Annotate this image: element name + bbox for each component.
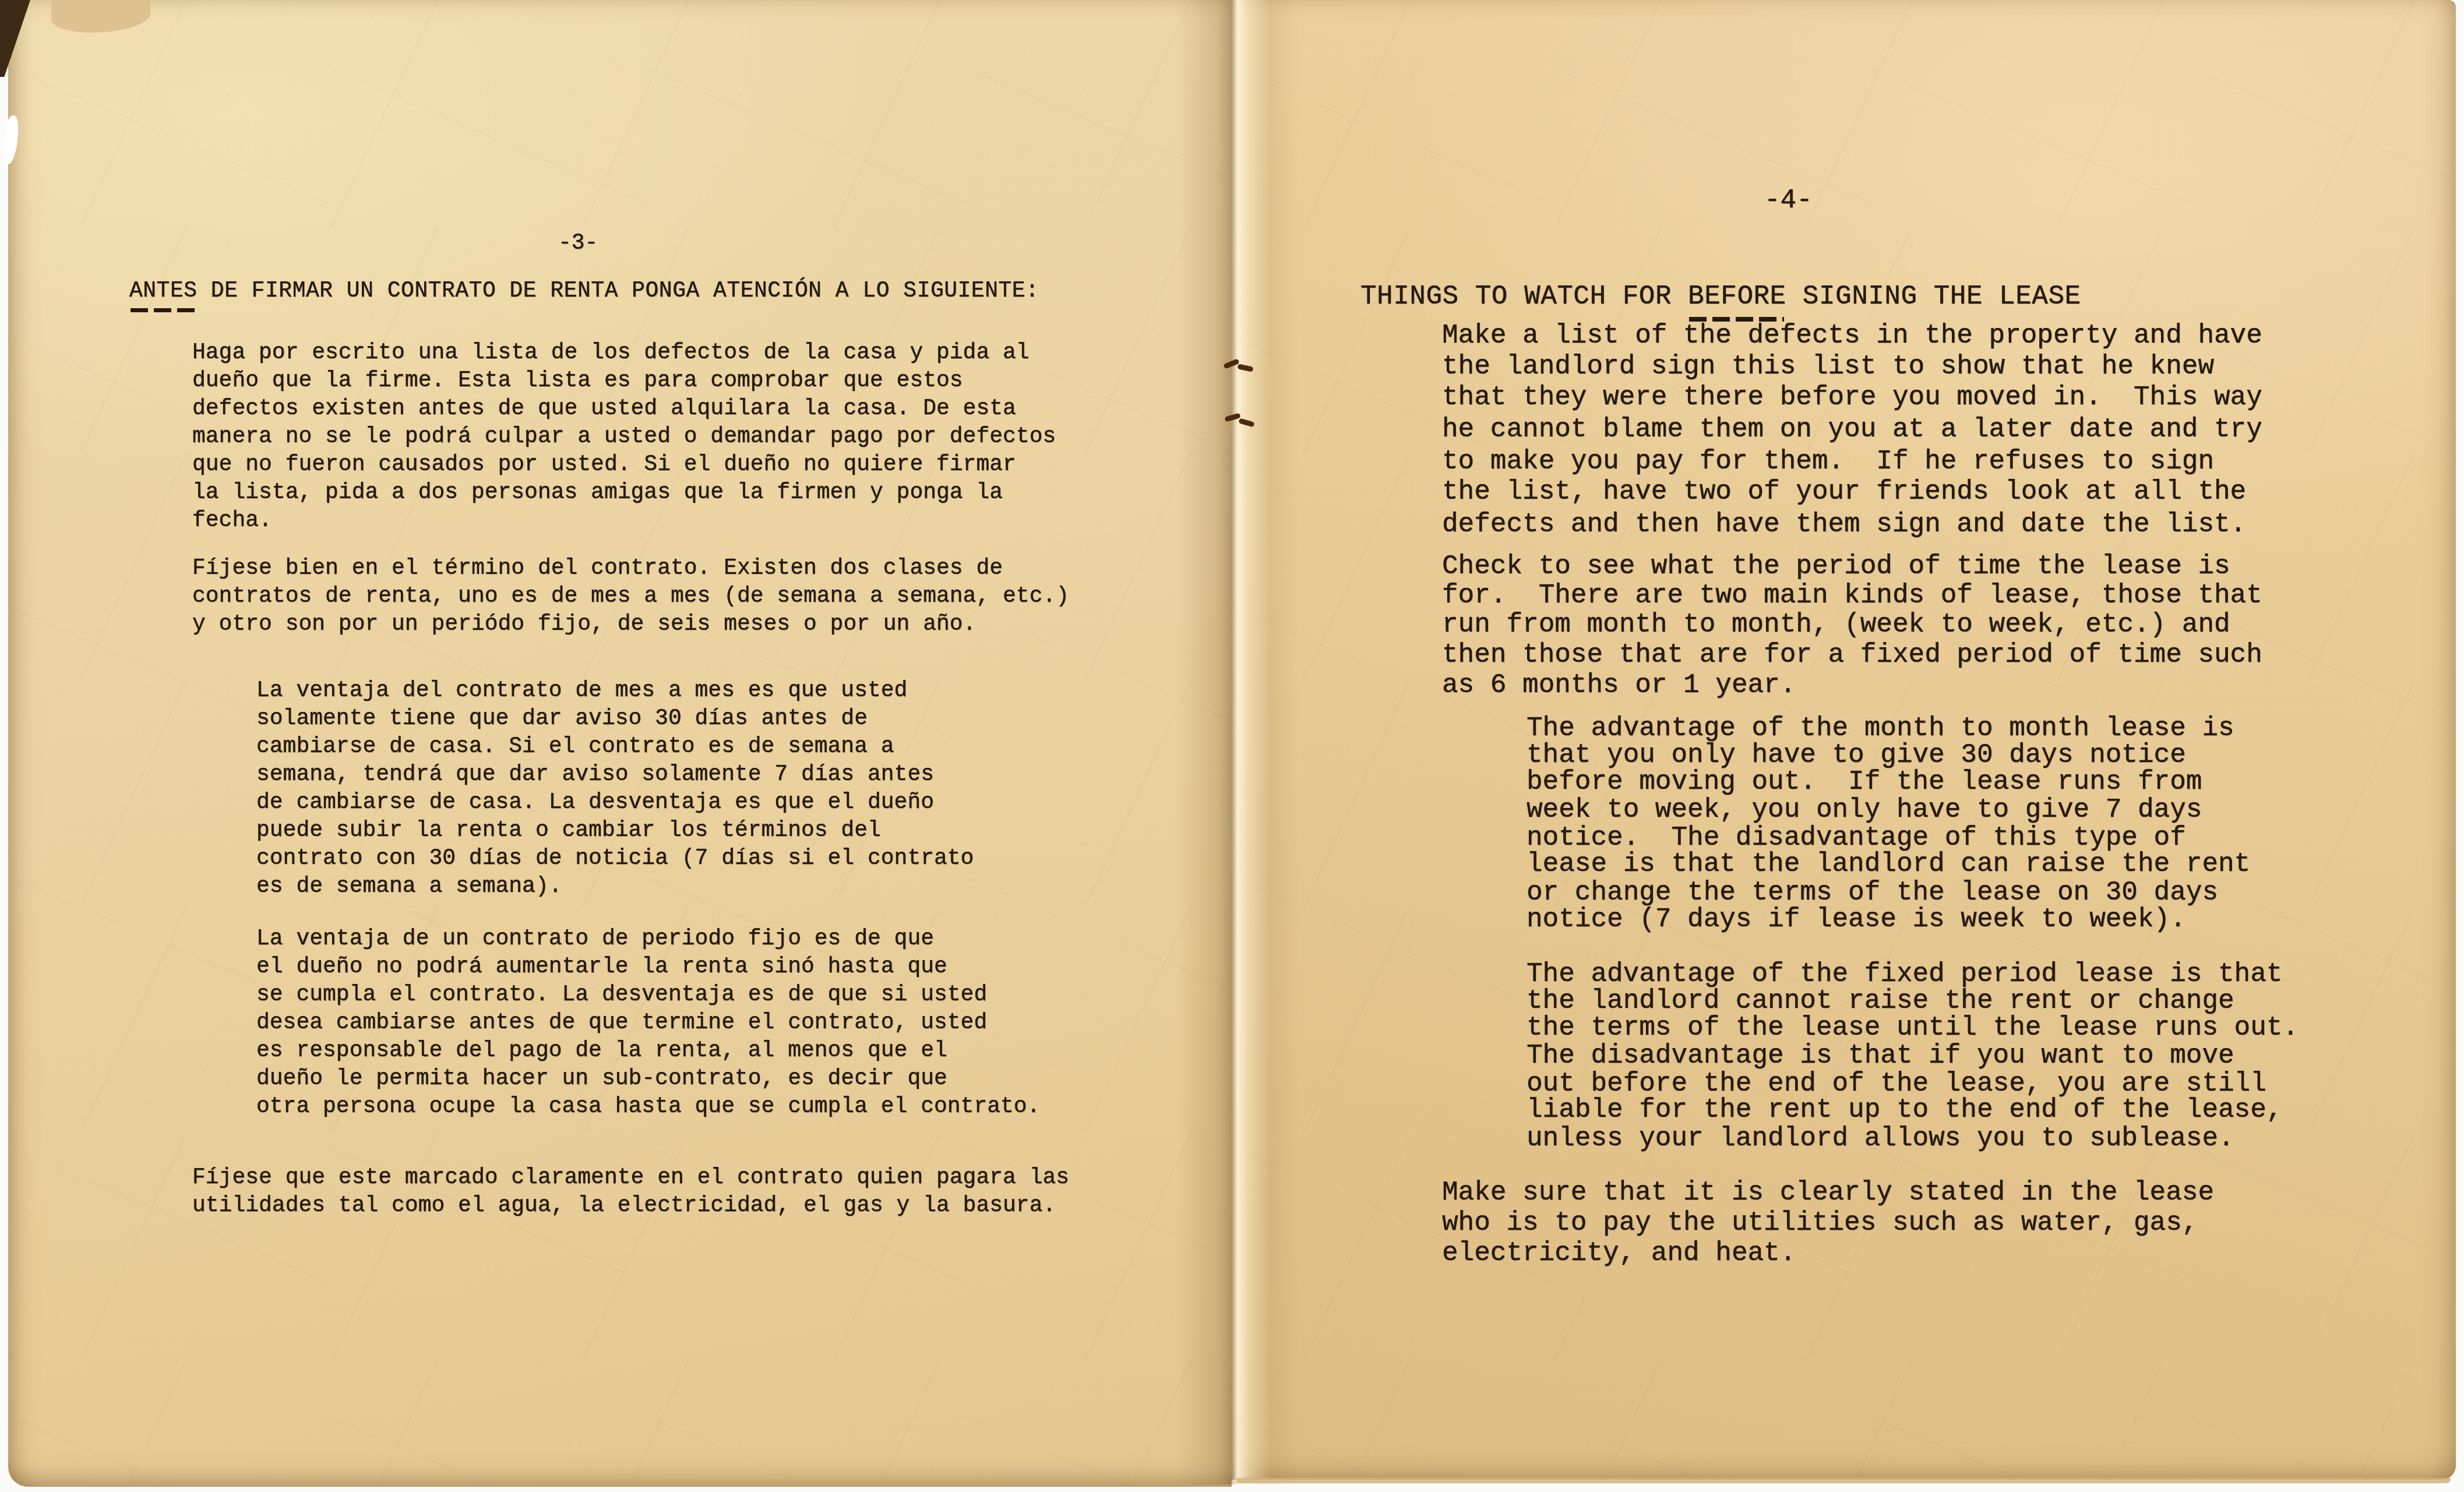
text-line: es responsable del pago de la renta, al … <box>256 1037 1040 1065</box>
text-line: Check to see what the period of time the… <box>1442 552 2262 581</box>
text-line: he cannot blame them on you at a later d… <box>1442 414 2262 445</box>
text-line: contratos de renta, uno es de mes a mes … <box>192 583 1069 611</box>
text-line: then those that are for a fixed period o… <box>1442 640 2262 670</box>
text-line: that they were there before you moved in… <box>1442 382 2262 413</box>
text-line: the terms of the lease until the lease r… <box>1527 1014 2299 1042</box>
text-line: Fíjese que este marcado claramente en el… <box>192 1164 1069 1192</box>
text-line: que no fueron causados por usted. Si el … <box>192 451 1056 479</box>
text-line: La ventaja del contrato de mes a mes es … <box>256 677 974 705</box>
text-line: week to week, you only have to give 7 da… <box>1527 796 2250 824</box>
page-4: -4- THINGS TO WATCH FOR BEFORE SIGNING T… <box>1232 0 2456 1480</box>
text-line: The advantage of the fixed period lease … <box>1527 961 2299 988</box>
heading-underlined-word: BEFORE <box>1688 281 1786 312</box>
text-line: es de semana a semana). <box>256 873 974 901</box>
heading-rest: DE FIRMAR UN CONTRATO DE RENTA PONGA ATE… <box>198 278 1039 304</box>
heading-rest: SIGNING THE LEASE <box>1786 281 2081 312</box>
text-line: la lista, pida a dos personas amigas que… <box>192 479 1056 507</box>
text-line: lease is that the landlord can raise the… <box>1527 851 2250 878</box>
heading-underlined-word: ANTES <box>129 278 198 304</box>
text-line: Haga por escrito una lista de los defect… <box>192 339 1056 367</box>
text-line: before moving out. If the lease runs fro… <box>1527 768 2250 796</box>
heading-pre: THINGS TO WATCH FOR <box>1360 281 1688 312</box>
text-line: Fíjese bien en el término del contrato. … <box>192 555 1069 583</box>
page-3: -3- ANTES DE FIRMAR UN CONTRATO DE RENTA… <box>8 0 1232 1487</box>
text-line: for. There are two main kinds of lease, … <box>1442 581 2262 611</box>
text-line: fecha. <box>192 507 1056 535</box>
text-line: as 6 months or 1 year. <box>1442 671 2262 700</box>
text-line: unless your landlord allows you to suble… <box>1527 1125 2299 1152</box>
paragraph: Make a list of the defects in the proper… <box>1442 319 2262 539</box>
paragraph: The advantage of the fixed period lease … <box>1527 960 2299 1152</box>
page-heading: ANTES DE FIRMAR UN CONTRATO DE RENTA PON… <box>129 278 1039 304</box>
scanned-booklet-spread: -3- ANTES DE FIRMAR UN CONTRATO DE RENTA… <box>0 0 2464 1492</box>
paragraph: La ventaja del contrato de mes a mes es … <box>256 677 974 901</box>
text-line: who is to pay the utilities such as wate… <box>1442 1208 2214 1239</box>
text-line: cambiarse de casa. Si el contrato es de … <box>256 733 974 761</box>
text-line: the list, have two of your friends look … <box>1442 476 2262 507</box>
text-line: utilidades tal como el agua, la electric… <box>192 1192 1069 1220</box>
paragraph: Make sure that it is clearly stated in t… <box>1442 1177 2214 1269</box>
text-line: La ventaja de un contrato de periodo fij… <box>256 925 1040 953</box>
text-line: el dueño no podrá aumentarle la renta si… <box>256 953 1040 981</box>
paragraph: The advantage of the month to month leas… <box>1527 714 2250 933</box>
paragraph: Check to see what the period of time the… <box>1442 551 2262 700</box>
under-page-edge <box>1236 1478 2451 1483</box>
text-line: electricity, and heat. <box>1442 1238 2214 1269</box>
page-heading: THINGS TO WATCH FOR BEFORE SIGNING THE L… <box>1360 281 2081 312</box>
text-line: se cumpla el contrato. La desventaja es … <box>256 981 1040 1009</box>
text-line: dueño que la firme. Esta lista es para c… <box>192 367 1056 395</box>
text-line: manera no se le podrá culpar a usted o d… <box>192 423 1056 451</box>
text-line: or change the terms of the lease on 30 d… <box>1527 879 2250 907</box>
text-line: solamente tiene que dar aviso 30 días an… <box>256 705 974 733</box>
text-line: semana, tendrá que dar aviso solamente 7… <box>256 761 974 789</box>
text-line: Make sure that it is clearly stated in t… <box>1442 1177 2214 1208</box>
text-line: contrato con 30 días de noticia (7 días … <box>256 845 974 873</box>
text-line: out before the end of the lease, you are… <box>1527 1070 2299 1098</box>
text-line: otra persona ocupe la casa hasta que se … <box>256 1093 1040 1121</box>
page-number: -4- <box>1764 185 1813 216</box>
paragraph: Haga por escrito una lista de los defect… <box>192 339 1056 535</box>
paragraph: Fíjese que este marcado claramente en el… <box>192 1164 1069 1220</box>
text-line: run from month to month, (week to week, … <box>1442 610 2262 640</box>
text-line: dueño le permita hacer un sub-contrato, … <box>256 1065 1040 1093</box>
text-line: defects and then have them sign and date… <box>1442 509 2262 540</box>
text-line: notice (7 days if lease is week to week)… <box>1527 906 2250 933</box>
text-line: puede subir la renta o cambiar los térmi… <box>256 817 974 845</box>
text-line: The advantage of the month to month leas… <box>1527 715 2250 742</box>
text-line: y otro son por un periódo fijo, de seis … <box>192 611 1069 639</box>
text-line: to make you pay for them. If he refuses … <box>1442 446 2262 477</box>
text-line: de cambiarse de casa. La desventaja es q… <box>256 789 974 817</box>
text-line: the landlord cannot raise the rent or ch… <box>1527 987 2299 1015</box>
text-line: liable for the rent up to the end of the… <box>1527 1096 2299 1124</box>
paragraph: Fíjese bien en el término del contrato. … <box>192 555 1069 639</box>
text-line: Make a list of the defects in the proper… <box>1442 320 2262 351</box>
text-line: notice. The disadvantage of this type of <box>1527 824 2250 852</box>
text-line: defectos existen antes de que usted alqu… <box>192 395 1056 423</box>
paragraph: La ventaja de un contrato de periodo fij… <box>256 925 1040 1121</box>
text-line: The disadvantage is that if you want to … <box>1527 1042 2299 1070</box>
text-line: that you only have to give 30 days notic… <box>1527 742 2250 769</box>
text-line: desea cambiarse antes de que termine el … <box>256 1009 1040 1037</box>
text-line: the landlord sign this list to show that… <box>1442 351 2262 382</box>
page-number: -3- <box>558 231 598 256</box>
